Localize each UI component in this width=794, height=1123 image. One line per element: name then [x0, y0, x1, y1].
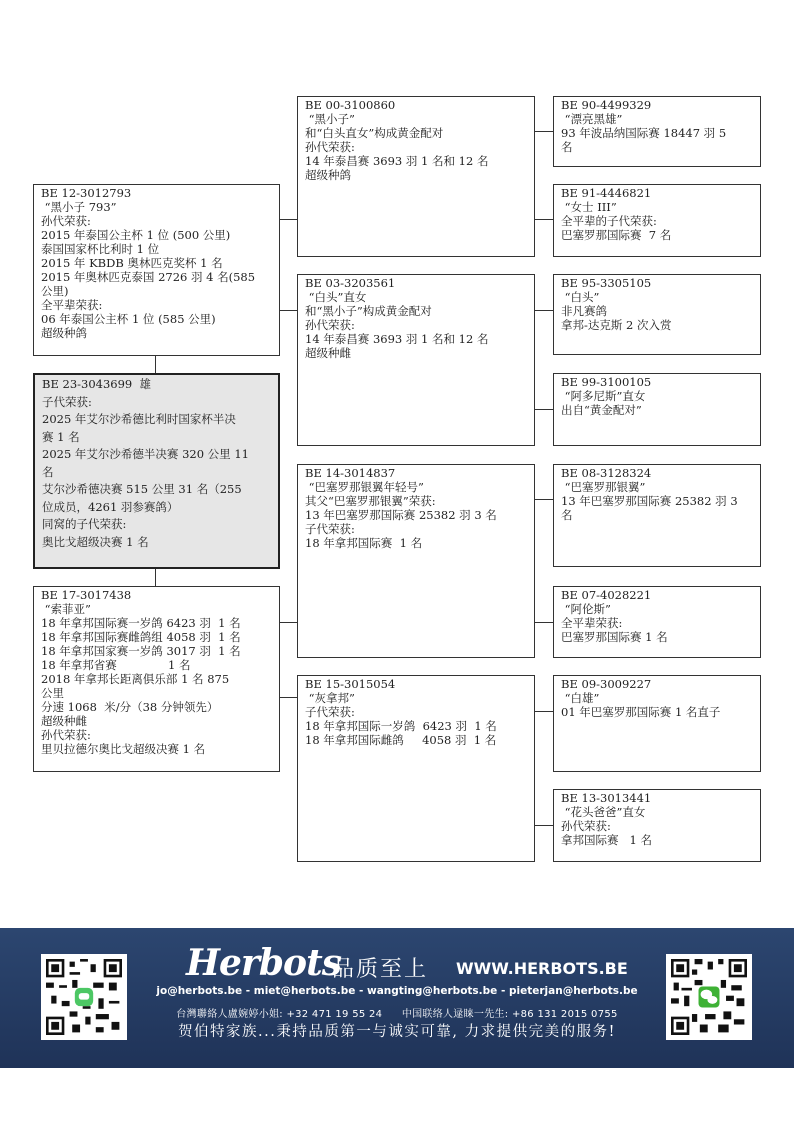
subject-card: BE 23-3043699 雄 子代荣获: 2025 年艾尔沙希德比利时国家杯半…	[33, 373, 280, 569]
connector-line	[535, 711, 553, 712]
dam-card: BE 17-3017438 “索菲亚” 18 年拿邦国际赛一岁鸽 6423 羽 …	[33, 586, 280, 772]
great-grandparent-card: BE 07-4028221 “阿伦斯” 全平辈荣获: 巴塞罗那国际赛 1 名	[553, 586, 761, 658]
brand-row: Herbots 品质至上 WWW.HERBOTS.BE	[186, 946, 616, 986]
contact-taiwan: 台灣聯絡人盧婉婷小姐: +32 471 19 55 24	[176, 1009, 382, 1020]
connector-line	[280, 697, 298, 698]
qr-code-icon	[671, 959, 747, 1035]
great-grandparent-card: BE 99-3100105 “阿多尼斯”直女 出自“黄金配对”	[553, 373, 761, 446]
qr-code-wechat[interactable]	[666, 954, 752, 1040]
connector-line	[280, 219, 298, 220]
subject-ring-number: BE 23-3043699 雄	[42, 376, 278, 394]
sire-ring-number: BE 12-3012793	[41, 186, 279, 200]
contact-china: 中国联络人逯睐一先生: +86 131 2015 0755	[402, 1009, 618, 1020]
great-grandparent-card: BE 91-4446821 “女士 III” 全平辈的子代荣获: 巴塞罗那国际赛…	[553, 184, 761, 257]
grandparent-card: BE 14-3014837 “巴塞罗那银翼年轻号” 其父“巴塞罗那银翼”荣获: …	[297, 464, 535, 658]
sire-subject-connector	[155, 356, 156, 374]
connector-line	[535, 219, 553, 220]
connector-line	[280, 622, 298, 623]
sire-card: BE 12-3012793 “黑小子 793” 孙代荣获: 2015 年泰国公主…	[33, 184, 280, 356]
connector-line	[535, 409, 553, 410]
connector-line	[280, 310, 298, 311]
great-grandparent-card: BE 13-3013441 “花头爸爸”直女 孙代荣获: 拿邦国际赛 1 名	[553, 789, 761, 862]
website-link[interactable]: WWW.HERBOTS.BE	[456, 959, 628, 978]
subject-dam-connector	[155, 569, 156, 586]
great-grandparent-card: BE 95-3305105 “白头” 非凡赛鸽 拿邦-达克斯 2 次入赏	[553, 274, 761, 355]
herbots-logo: Herbots	[186, 942, 341, 984]
connector-line	[535, 825, 553, 826]
great-grandparent-card: BE 90-4499329 “漂亮黑雄” 93 年波品纳国际赛 18447 羽 …	[553, 96, 761, 167]
connector-line	[535, 622, 553, 623]
connector-line	[535, 310, 553, 311]
grandparent-card: BE 00-3100860 “黑小子” 和“白头直女”构成黄金配对 孙代荣获: …	[297, 96, 535, 257]
grandparent-card: BE 15-3015054 “灰拿邦” 子代荣获: 18 年拿邦国际一岁鸽 64…	[297, 675, 535, 862]
slogan: 品质至上	[332, 952, 428, 983]
connector-line	[535, 131, 553, 132]
footer-banner: Herbots 品质至上 WWW.HERBOTS.BE jo@herbots.b…	[0, 928, 794, 1068]
connector-line	[535, 499, 553, 500]
great-grandparent-card: BE 08-3128324 “巴塞罗那银翼” 13 年巴塞罗那国际赛 25382…	[553, 464, 761, 567]
dam-ring-number: BE 17-3017438	[41, 588, 279, 602]
great-grandparent-card: BE 09-3009227 “白雄” 01 年巴塞罗那国际赛 1 名直子	[553, 675, 761, 772]
grandparent-card: BE 03-3203561 “白头”直女 和“黑小子”构成黄金配对 孙代荣获: …	[297, 274, 535, 446]
